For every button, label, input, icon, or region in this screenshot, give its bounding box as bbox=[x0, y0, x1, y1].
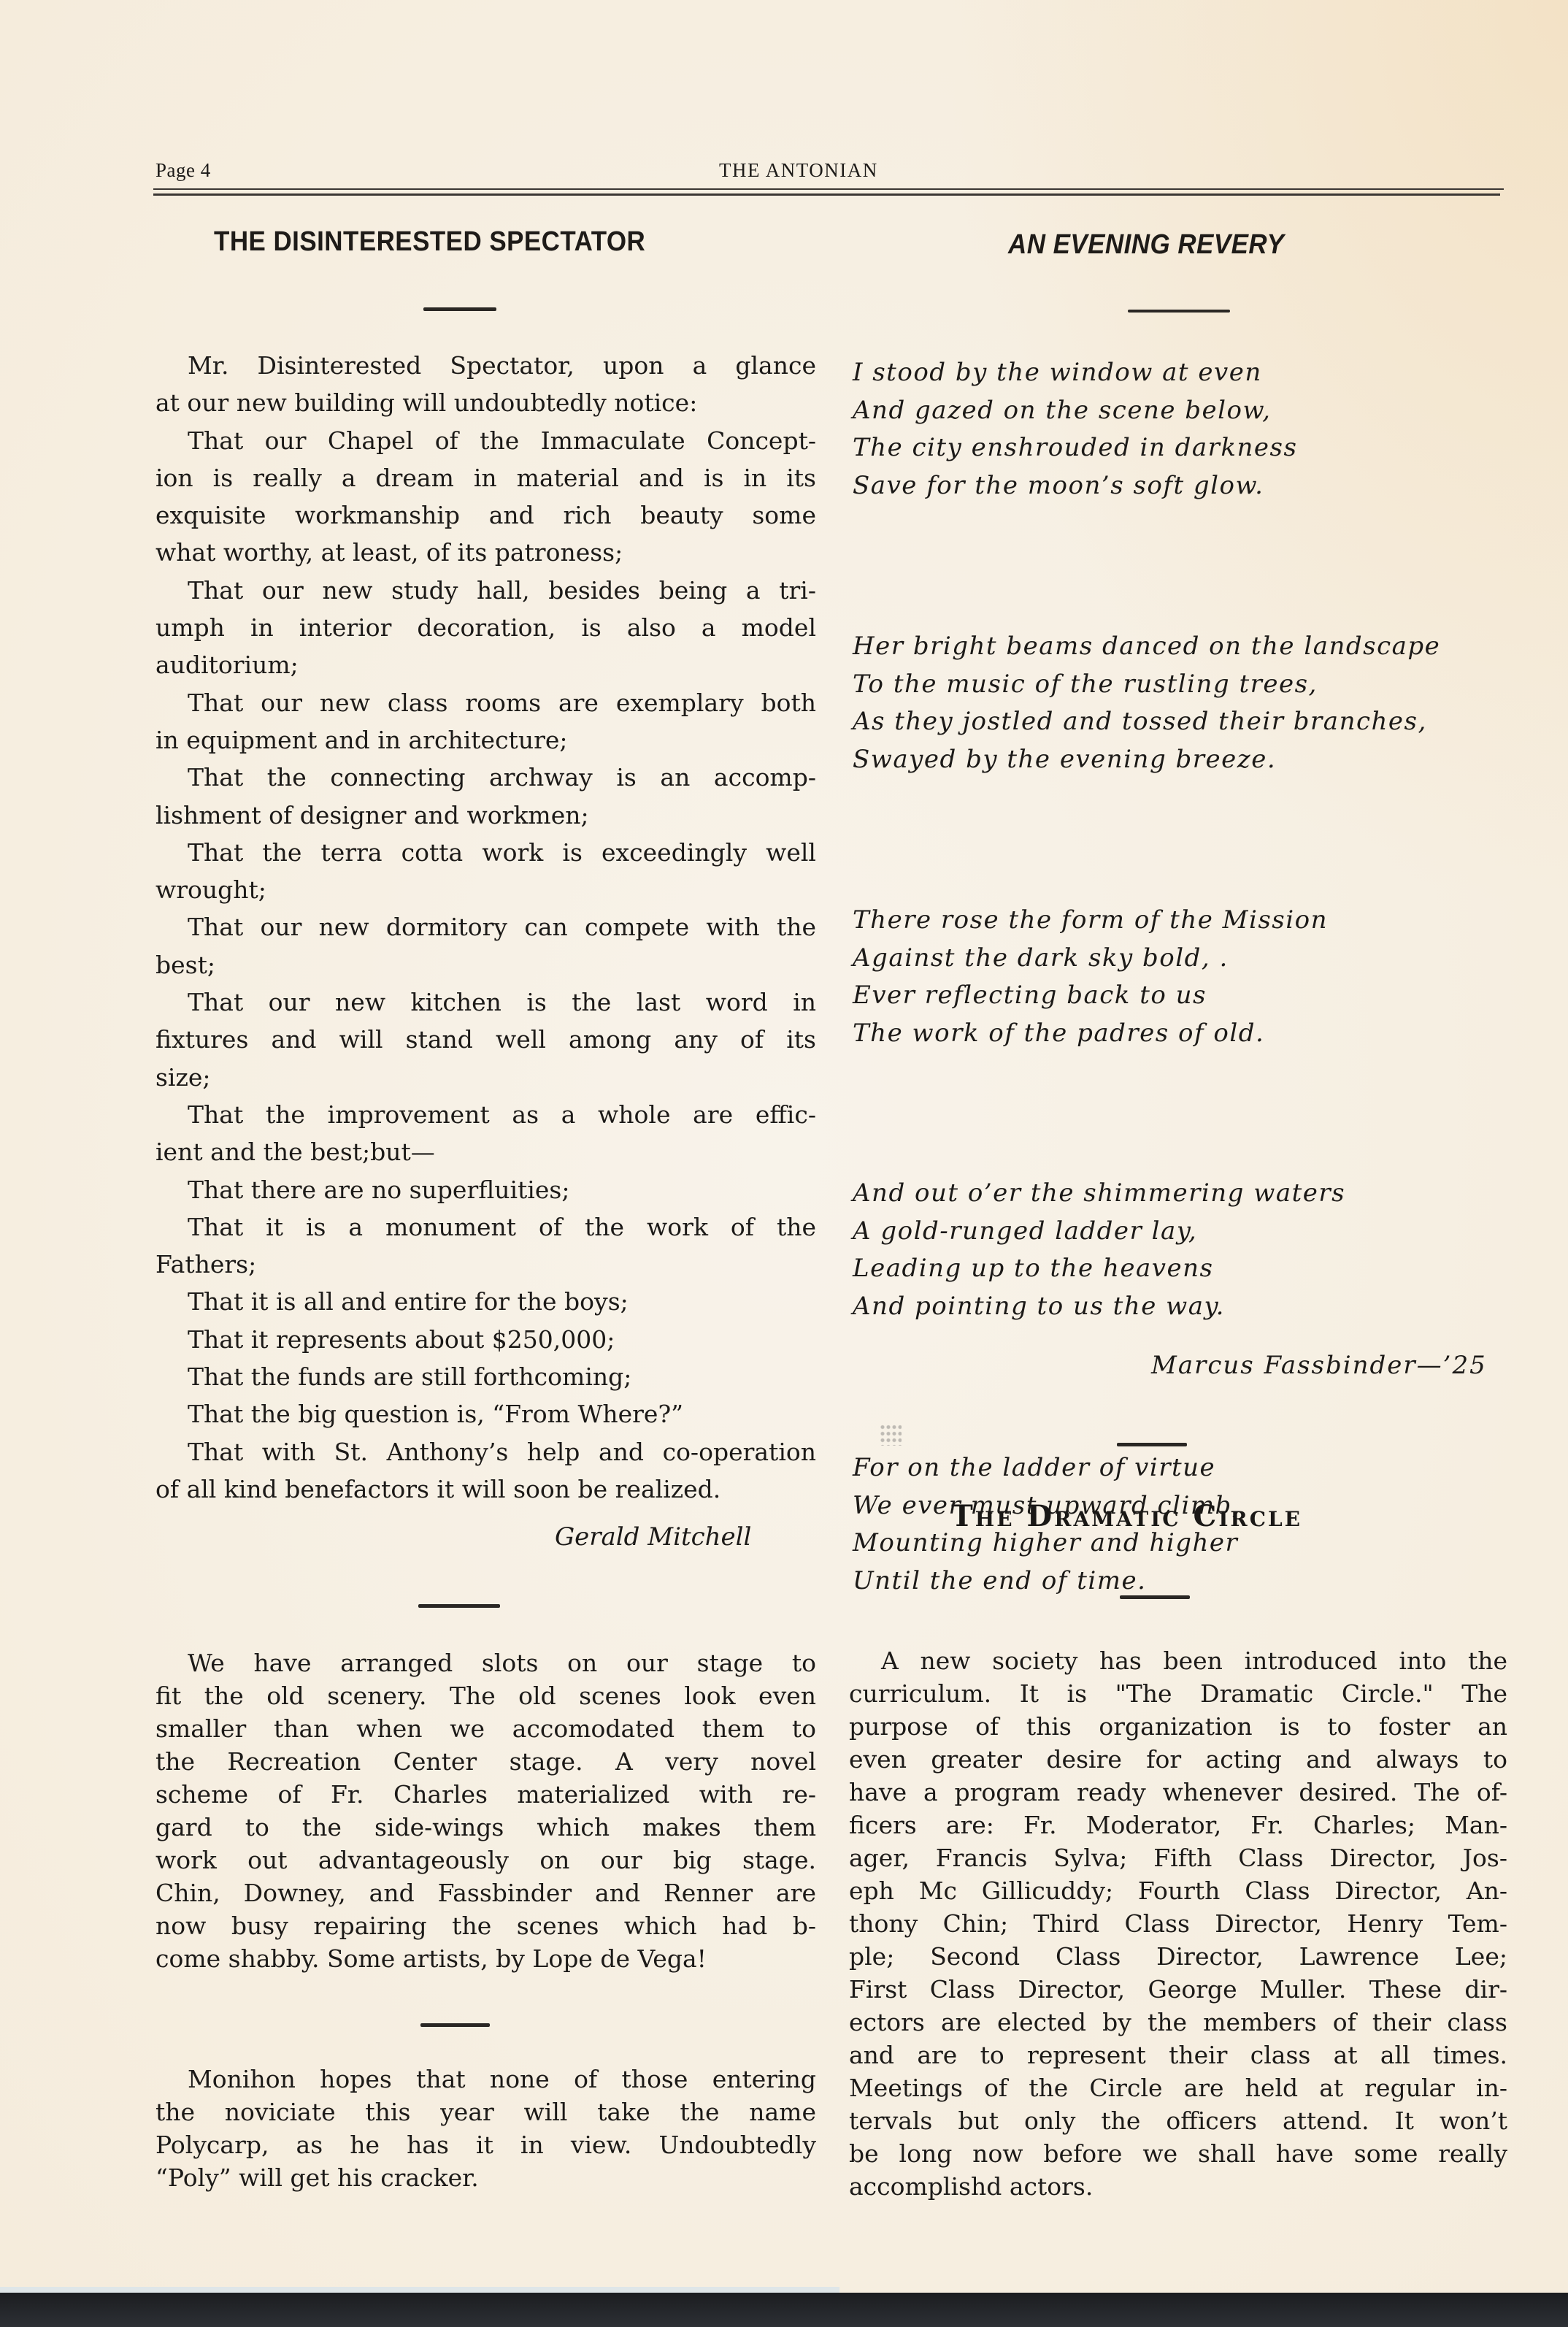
poem-line: There rose the form of the Mission bbox=[853, 902, 1328, 940]
text-line: ion is really a dream in material and is… bbox=[155, 459, 816, 497]
text-line: the noviciate this year will take the na… bbox=[155, 2096, 816, 2128]
text-line: wrought; bbox=[155, 871, 816, 908]
text-line: work out advantageously on our big stage… bbox=[155, 1844, 816, 1876]
article-body-monihon: Monihon hopes that none of those enterin… bbox=[155, 2063, 816, 2194]
text-line: That the improvement as a whole are effi… bbox=[155, 1096, 816, 1133]
poem-line: Save for the moon’s soft glow. bbox=[853, 467, 1297, 505]
text-line: Monihon hopes that none of those enterin… bbox=[155, 2063, 816, 2096]
divider bbox=[1128, 310, 1230, 313]
poem-line: And out o’er the shimmering waters bbox=[853, 1175, 1345, 1213]
header-rule-top bbox=[153, 188, 1504, 190]
text-line: ectors are elected by the members of the… bbox=[849, 2006, 1507, 2039]
text-line: Polycarp, as he has it in view. Undoubte… bbox=[155, 2128, 816, 2161]
poem-line: Swayed by the evening breeze. bbox=[853, 741, 1440, 779]
poem-line: A gold-runged ladder lay, bbox=[853, 1213, 1345, 1251]
text-line: tervals but only the officers attend. It… bbox=[849, 2104, 1507, 2137]
poem-line: Leading up to the heavens bbox=[853, 1250, 1345, 1288]
text-line: ient and the best;but— bbox=[155, 1133, 816, 1170]
poem-line: I stood by the window at even bbox=[853, 354, 1297, 392]
text-line: That with St. Anthony’s help and co-oper… bbox=[155, 1433, 816, 1471]
poem-line: And gazed on the scene below, bbox=[853, 392, 1297, 430]
poem-line: The work of the padres of old. bbox=[853, 1015, 1328, 1053]
text-line: of all kind benefactors it will soon be … bbox=[155, 1471, 816, 1508]
text-line: That the terra cotta work is exceedingly… bbox=[155, 834, 816, 871]
article-title-dramatic-circle: The Dramatic Circle bbox=[951, 1499, 1302, 1533]
text-line: auditorium; bbox=[155, 646, 816, 683]
article-body-scenery: We have arranged slots on our stage tofi… bbox=[155, 1646, 816, 1975]
text-line: That it represents about $250,000; bbox=[155, 1321, 816, 1358]
poem-stanza: I stood by the window at evenAnd gazed o… bbox=[853, 354, 1297, 505]
text-line: fixtures and will stand well among any o… bbox=[155, 1021, 816, 1058]
article-body-dramatic-circle: A new society has been introduced into t… bbox=[849, 1644, 1507, 2203]
text-line: in equipment and in architecture; bbox=[155, 721, 816, 759]
text-line: even greater desire for acting and alway… bbox=[849, 1743, 1507, 1776]
text-line: That our new dormitory can compete with … bbox=[155, 908, 816, 946]
poem-stanza: Her bright beams danced on the landscape… bbox=[853, 628, 1440, 778]
text-line: thony Chin; Third Class Director, Henry … bbox=[849, 1907, 1507, 1940]
text-line: Chin, Downey, and Fassbinder and Renner … bbox=[155, 1876, 816, 1909]
author-byline: Gerald Mitchell bbox=[555, 1522, 751, 1552]
text-line: at our new building will undoubtedly not… bbox=[155, 384, 816, 421]
text-line: exquisite workmanship and rich beauty so… bbox=[155, 497, 816, 534]
text-line: ficers are: Fr. Moderator, Fr. Charles; … bbox=[849, 1809, 1507, 1841]
text-line: First Class Director, George Muller. The… bbox=[849, 1973, 1507, 2006]
text-line: ple; Second Class Director, Lawrence Lee… bbox=[849, 1940, 1507, 1973]
text-line: “Poly” will get his cracker. bbox=[155, 2161, 816, 2194]
text-line: Meetings of the Circle are held at regul… bbox=[849, 2071, 1507, 2104]
text-line: gard to the side-wings which makes them bbox=[155, 1811, 816, 1844]
text-line: accomplishd actors. bbox=[849, 2170, 1507, 2203]
text-line: scheme of Fr. Charles materialized with … bbox=[155, 1778, 816, 1811]
divider bbox=[1120, 1595, 1190, 1599]
text-line: what worthy, at least, of its patroness; bbox=[155, 534, 816, 571]
poem-line: The city enshrouded in darkness bbox=[853, 429, 1297, 467]
text-line: Fathers; bbox=[155, 1246, 816, 1283]
text-line: smaller than when we accomodated them to bbox=[155, 1712, 816, 1745]
text-line: That it is all and entire for the boys; bbox=[155, 1283, 816, 1320]
poem-line: As they jostled and tossed their branche… bbox=[853, 703, 1440, 741]
text-line: ager, Francis Sylva; Fifth Class Directo… bbox=[849, 1841, 1507, 1874]
divider bbox=[418, 1604, 500, 1608]
text-line: umph in interior decoration, is also a m… bbox=[155, 609, 816, 646]
text-line: That it is a monument of the work of the bbox=[155, 1208, 816, 1246]
text-line: That our new study hall, besides being a… bbox=[155, 572, 816, 609]
poem-author-byline: Marcus Fassbinder—’25 bbox=[1151, 1351, 1487, 1380]
divider bbox=[420, 2023, 490, 2027]
text-line: That there are no superfluities; bbox=[155, 1171, 816, 1208]
scanner-bed-edge bbox=[0, 2293, 1568, 2327]
text-line: That the big question is, “From Where?” bbox=[155, 1395, 816, 1433]
text-line: size; bbox=[155, 1059, 816, 1096]
text-line: eph Mc Gillicuddy; Fourth Class Director… bbox=[849, 1874, 1507, 1907]
text-line: That the funds are still forthcoming; bbox=[155, 1358, 816, 1395]
poem-line: And pointing to us the way. bbox=[853, 1288, 1345, 1326]
poem-line: For on the ladder of virtue bbox=[853, 1449, 1241, 1487]
divider bbox=[1117, 1443, 1187, 1446]
poem-line: To the music of the rustling trees, bbox=[853, 666, 1440, 704]
text-line: be long now before we shall have some re… bbox=[849, 2137, 1507, 2170]
divider bbox=[423, 307, 496, 311]
poem-line: Until the end of time. bbox=[853, 1563, 1241, 1600]
text-line: That our new kitchen is the last word in bbox=[155, 984, 816, 1021]
poem-stanza: There rose the form of the MissionAgains… bbox=[853, 902, 1328, 1052]
poem-stanza: And out o’er the shimmering watersA gold… bbox=[853, 1175, 1345, 1325]
text-line: That our Chapel of the Immaculate Concep… bbox=[155, 422, 816, 459]
publication-name: THE ANTONIAN bbox=[719, 159, 878, 182]
text-line: We have arranged slots on our stage to bbox=[155, 1646, 816, 1679]
text-line: That the connecting archway is an accomp… bbox=[155, 759, 816, 796]
text-line: That our new class rooms are exemplary b… bbox=[155, 684, 816, 721]
poem-line: Her bright beams danced on the landscape bbox=[853, 628, 1440, 666]
text-line: the Recreation Center stage. A very nove… bbox=[155, 1745, 816, 1778]
poem-title: AN EVENING REVERY bbox=[1008, 229, 1284, 261]
text-line: now busy repairing the scenes which had … bbox=[155, 1909, 816, 1942]
page-number: Page 4 bbox=[155, 159, 211, 182]
text-line: fit the old scenery. The old scenes look… bbox=[155, 1679, 816, 1712]
text-line: purpose of this organization is to foste… bbox=[849, 1710, 1507, 1743]
text-line: come shabby. Some artists, by Lope de Ve… bbox=[155, 1942, 816, 1975]
poem-line: Against the dark sky bold, . bbox=[853, 940, 1328, 978]
text-line: best; bbox=[155, 946, 816, 984]
poem-line: Ever reflecting back to us bbox=[853, 977, 1328, 1015]
text-line: Mr. Disinterested Spectator, upon a glan… bbox=[155, 347, 816, 384]
text-line: have a program ready whenever desired. T… bbox=[849, 1776, 1507, 1809]
text-line: curriculum. It is "The Dramatic Circle."… bbox=[849, 1677, 1507, 1710]
text-line: A new society has been introduced into t… bbox=[849, 1644, 1507, 1677]
header-rule-bottom bbox=[153, 193, 1500, 196]
text-line: lishment of designer and workmen; bbox=[155, 797, 816, 834]
text-line: and are to represent their class at all … bbox=[849, 2039, 1507, 2071]
article-body-spectator: Mr. Disinterested Spectator, upon a glan… bbox=[155, 347, 816, 1508]
ink-smudge bbox=[880, 1424, 902, 1446]
article-title-spectator: THE DISINTERESTED SPECTATOR bbox=[214, 226, 645, 258]
